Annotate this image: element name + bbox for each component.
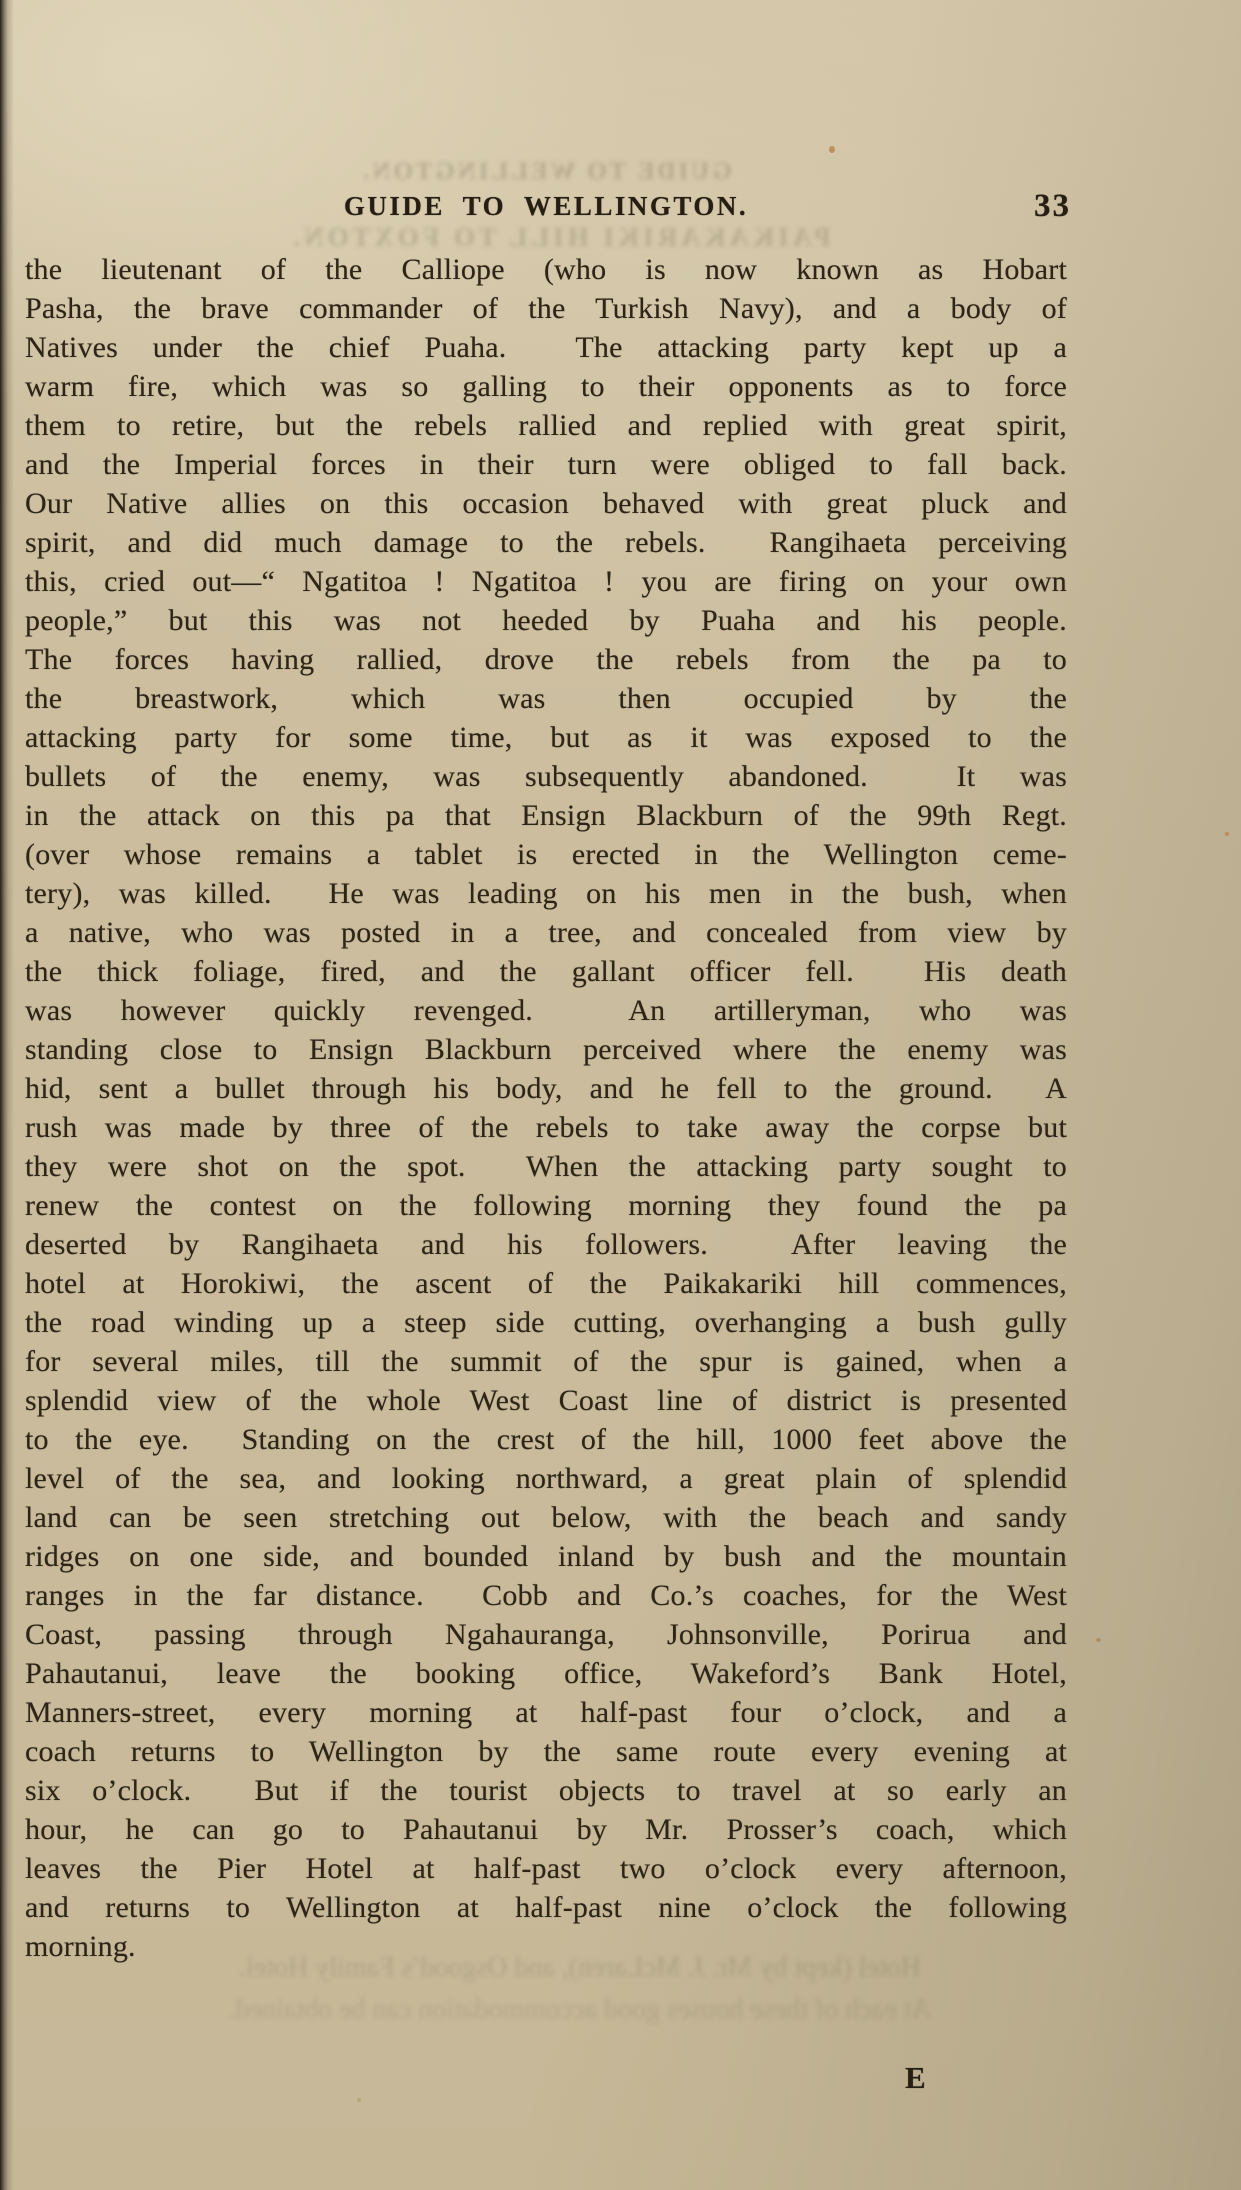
body-line: people,” but this was not heeded by Puah…	[25, 601, 1067, 640]
body-line: renew the contest on the following morni…	[25, 1186, 1067, 1225]
body-line: spirit, and did much damage to the rebel…	[25, 523, 1067, 562]
body-line: (over whose remains a tablet is erected …	[25, 835, 1067, 874]
body-line: Manners-street, every morning at half-pa…	[25, 1693, 1067, 1732]
body-line: the thick foliage, fired, and the gallan…	[25, 952, 1067, 991]
body-line: ridges on one side, and bounded inland b…	[25, 1537, 1067, 1576]
body-line: Natives under the chief Puaha. The attac…	[25, 328, 1067, 367]
body-line: for several miles, till the summit of th…	[25, 1342, 1067, 1381]
body-line: six o’clock. But if the tourist objects …	[25, 1771, 1067, 1810]
body-line: them to retire, but the rebels rallied a…	[25, 406, 1067, 445]
body-line: they were shot on the spot. When the att…	[25, 1147, 1067, 1186]
body-line: deserted by Rangihaeta and his followers…	[25, 1225, 1067, 1264]
body-line: Our Native allies on this occasion behav…	[25, 484, 1067, 523]
body-line: Pasha, the brave commander of the Turkis…	[25, 289, 1067, 328]
body-line: hotel at Horokiwi, the ascent of the Pai…	[25, 1264, 1067, 1303]
body-line: to the eye. Standing on the crest of the…	[25, 1420, 1067, 1459]
show-through-line: At each of these houses good accommodati…	[40, 1994, 1120, 2026]
body-line: this, cried out—“ Ngatitoa ! Ngatitoa ! …	[25, 562, 1067, 601]
body-line: leaves the Pier Hotel at half-past two o…	[25, 1849, 1067, 1888]
body-line: The forces having rallied, drove the reb…	[25, 640, 1067, 679]
body-line: hid, sent a bullet through his body, and…	[25, 1069, 1067, 1108]
page-number: 33	[1034, 188, 1071, 225]
running-header-title: GUIDE TO WELLINGTON.	[25, 191, 1067, 222]
body-line: the lieutenant of the Calliope (who is n…	[25, 250, 1067, 289]
body-line: standing close to Ensign Blackburn perce…	[25, 1030, 1067, 1069]
body-line: level of the sea, and looking northward,…	[25, 1459, 1067, 1498]
body-line: coach returns to Wellington by the same …	[25, 1732, 1067, 1771]
body-line: was however quickly revenged. An artille…	[25, 991, 1067, 1030]
body-line: a native, who was posted in a tree, and …	[25, 913, 1067, 952]
body-line: the road winding up a steep side cutting…	[25, 1303, 1067, 1342]
body-line: in the attack on this pa that Ensign Bla…	[25, 796, 1067, 835]
body-line: warm fire, which was so galling to their…	[25, 367, 1067, 406]
signature-mark: E	[905, 2060, 926, 2096]
body-line: morning.	[25, 1927, 1067, 1966]
paper-speck	[1225, 832, 1229, 836]
body-line: rush was made by three of the rebels to …	[25, 1108, 1067, 1147]
running-header: GUIDE TO WELLINGTON. 33	[25, 191, 1067, 231]
paper-speck	[1096, 1638, 1101, 1642]
body-line: ranges in the far distance. Cobb and Co.…	[25, 1576, 1067, 1615]
body-line: and returns to Wellington at half-past n…	[25, 1888, 1067, 1927]
page-gutter-shadow	[0, 0, 14, 2190]
body-line: Pahautanui, leave the booking office, Wa…	[25, 1654, 1067, 1693]
body-line: splendid view of the whole West Coast li…	[25, 1381, 1067, 1420]
body-line: land can be seen stretching out below, w…	[25, 1498, 1067, 1537]
body-line: tery), was killed. He was leading on his…	[25, 874, 1067, 913]
show-through-line: GUIDE TO WELLINGTON.	[25, 158, 1067, 186]
body-line: hour, he can go to Pahautanui by Mr. Pro…	[25, 1810, 1067, 1849]
body-line: attacking party for some time, but as it…	[25, 718, 1067, 757]
body-line: the breastwork, which was then occupied …	[25, 679, 1067, 718]
body-line: and the Imperial forces in their turn we…	[25, 445, 1067, 484]
body-text: the lieutenant of the Calliope (who is n…	[25, 250, 1067, 1966]
body-line: Coast, passing through Ngahauranga, John…	[25, 1615, 1067, 1654]
paper-speck	[357, 2098, 361, 2102]
paper-speck	[645, 700, 649, 704]
paper-speck	[829, 146, 835, 153]
book-page-scan: GUIDE TO WELLINGTON. PAIKAKARIKI HILL TO…	[0, 0, 1241, 2190]
body-line: bullets of the enemy, was subsequently a…	[25, 757, 1067, 796]
